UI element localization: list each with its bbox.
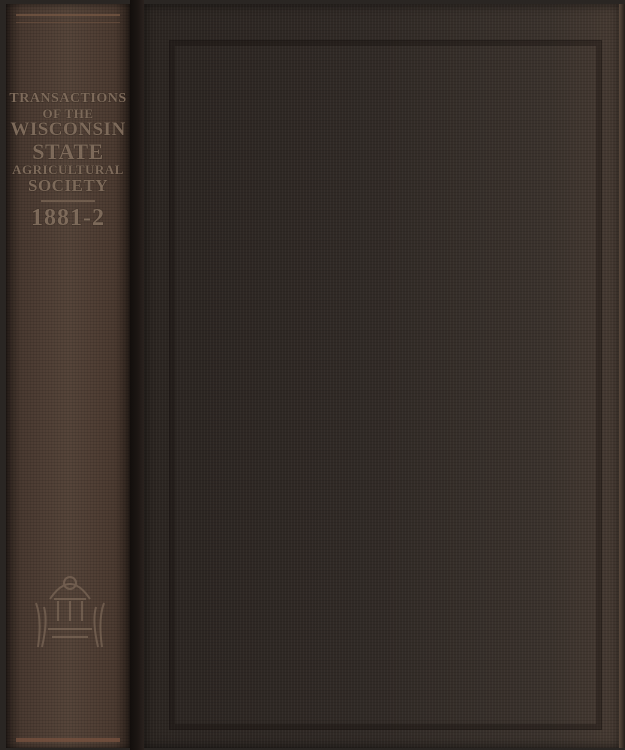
spine-hinge	[130, 0, 144, 750]
agricultural-emblem-icon	[28, 559, 112, 649]
spine-bottom-band	[16, 738, 120, 742]
spine-title: TRANSACTIONS OF THE WISCONSIN STATE AGRI…	[6, 92, 130, 231]
spine-top-band	[16, 14, 120, 23]
spine-title-line: TRANSACTIONS	[6, 92, 130, 107]
book-spine: TRANSACTIONS OF THE WISCONSIN STATE AGRI…	[6, 4, 130, 748]
spine-title-line: AGRICULTURAL	[6, 163, 130, 177]
spine-title-line: STATE	[6, 140, 130, 163]
front-cover	[144, 4, 620, 748]
spine-years: 1881-2	[6, 206, 130, 231]
spine-rule	[41, 200, 95, 202]
book: TRANSACTIONS OF THE WISCONSIN STATE AGRI…	[0, 0, 625, 750]
spine-title-line: OF THE	[6, 107, 130, 121]
spine-title-line: SOCIETY	[6, 177, 130, 195]
spine-title-line: WISCONSIN	[6, 120, 130, 140]
cover-edge	[619, 4, 625, 748]
blind-stamped-border	[169, 40, 602, 730]
